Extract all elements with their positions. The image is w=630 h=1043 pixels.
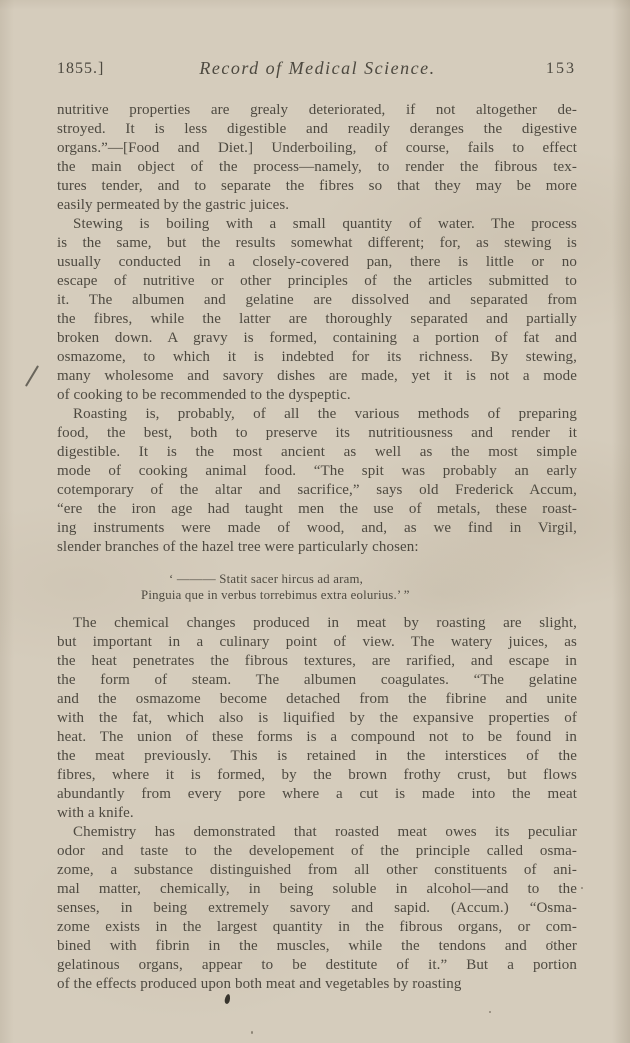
text-line: many wholesome and savory dishes are mad…	[57, 367, 577, 386]
text-line: of cooking to be recommended to the dysp…	[57, 386, 577, 405]
text-line: cotemporary of the altar and sacrifice,”…	[57, 481, 577, 500]
text-line: the main object of the process—namely, t…	[57, 158, 577, 177]
text-line: Stewing is boiling with a small quantity…	[57, 215, 577, 234]
text-line: Roasting is, probably, of all the variou…	[57, 405, 577, 424]
text-line: nutritive properties are grealy deterior…	[57, 101, 577, 120]
text-line: the fibres, while the latter are thoroug…	[57, 310, 577, 329]
paragraph: Chemistry has demonstrated that roasted …	[57, 823, 577, 994]
paragraph: nutritive properties are grealy deterior…	[57, 101, 577, 215]
paragraph: The chemical changes produced in meat by…	[57, 614, 577, 823]
journal-title: Record of Medical Science.	[57, 58, 578, 79]
text-line: is the same, but the results somewhat di…	[57, 234, 577, 253]
text-line: The chemical changes produced in meat by…	[57, 614, 577, 633]
text-line: of the effects produced upon both meat a…	[57, 975, 577, 994]
text-line: digestible. It is the most ancient as we…	[57, 443, 577, 462]
text-line: and the osmazome become detached from th…	[57, 690, 577, 709]
text-line: fibres, where it is formed, by the brown…	[57, 766, 577, 785]
book-page-scan: 1855.] Record of Medical Science. 153 nu…	[0, 0, 630, 1043]
handwritten-slash-mark	[25, 365, 39, 387]
ink-blot-mark	[224, 994, 231, 1005]
running-header: 1855.] Record of Medical Science. 153	[57, 58, 578, 84]
text-line: usually conducted in a closely-covered p…	[57, 253, 577, 272]
text-line: food, the best, both to preserve its nut…	[57, 424, 577, 443]
text-line: it. The albumen and gelatine are dissolv…	[57, 291, 577, 310]
text-line: stroyed. It is less digestible and readi…	[57, 120, 577, 139]
paragraph: Stewing is boiling with a small quantity…	[57, 215, 577, 405]
text-line: but important in a culinary point of vie…	[57, 633, 577, 652]
text-line: the heat penetrates the fibrous textures…	[57, 652, 577, 671]
paper-speck	[251, 1031, 253, 1034]
text-line: with the fat, which also is liquified by…	[57, 709, 577, 728]
text-line: “ere the iron age had taught men the use…	[57, 500, 577, 519]
text-line: slender branches of the hazel tree were …	[57, 538, 577, 557]
latin-quote: ‘ ——— Statit sacer hircus ad aram,Pingui…	[57, 571, 577, 603]
text-line: mode of cooking animal food. “The spit w…	[57, 462, 577, 481]
text-line: easily permeated by the gastric juices.	[57, 196, 577, 215]
text-line: abundantly from every pore where a cut i…	[57, 785, 577, 804]
text-line: Chemistry has demonstrated that roasted …	[57, 823, 577, 842]
text-line: the form of steam. The albumen coagulate…	[57, 671, 577, 690]
text-line: zome exists in the largest quantity in t…	[57, 918, 577, 937]
text-line: osmazome, to which it is indebted for it…	[57, 348, 577, 367]
page-number: 153	[546, 60, 576, 78]
text-line: organs.”—[Food and Diet.] Underboiling, …	[57, 139, 577, 158]
text-line: mal matter, chemically, in being soluble…	[57, 880, 577, 899]
text-line: ing instruments were made of wood, and, …	[57, 519, 577, 538]
text-line: ‘ ——— Statit sacer hircus ad aram,	[169, 571, 577, 587]
text-line: Pinguia que in verbus torrebimus extra e…	[141, 587, 577, 603]
text-line: escape of nutritive or other principles …	[57, 272, 577, 291]
paragraph: Roasting is, probably, of all the variou…	[57, 405, 577, 557]
paper-speck	[489, 1011, 491, 1013]
text-line: tures tender, and to separate the fibres…	[57, 177, 577, 196]
text-line: bined with fibrin in the muscles, while …	[57, 937, 577, 956]
paper-speck	[581, 887, 583, 889]
text-line: the meat previously. This is retained in…	[57, 747, 577, 766]
text-line: broken down. A gravy is formed, containi…	[57, 329, 577, 348]
text-line: heat. The union of these forms is a comp…	[57, 728, 577, 747]
paper-speck	[551, 941, 553, 943]
text-line: senses, in being extremely savory and sa…	[57, 899, 577, 918]
text-line: with a knife.	[57, 804, 577, 823]
text-line: gelatinous organs, appear to be destitut…	[57, 956, 577, 975]
text-line: odor and taste to the developement of th…	[57, 842, 577, 861]
text-line: zome, a substance distinguished from all…	[57, 861, 577, 880]
page-body: nutritive properties are grealy deterior…	[57, 101, 577, 994]
